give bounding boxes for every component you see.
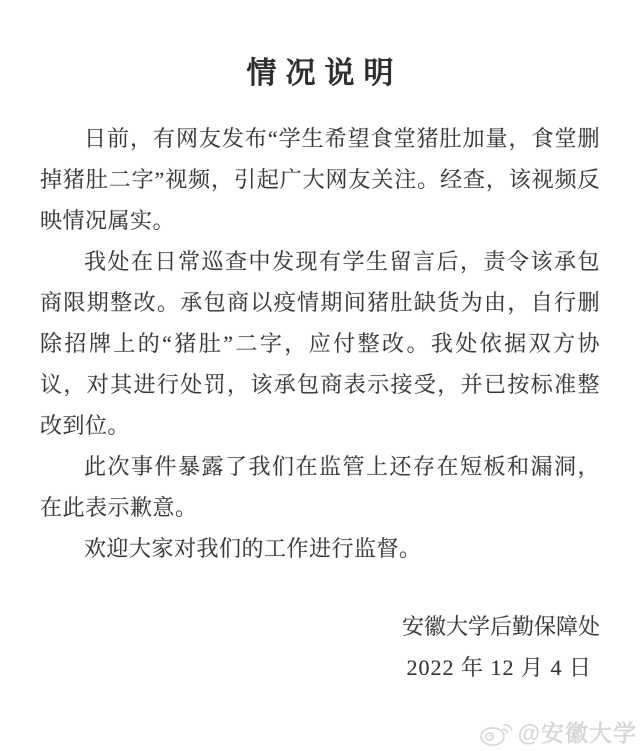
- paragraph-1: 日前，有网友发布“学生希望食堂猪肚加量，食堂删掉猪肚二字”视频，引起广大网友关注…: [40, 118, 600, 241]
- document-title: 情况说明: [0, 48, 640, 92]
- signature-department: 安徽大学后勤保障处: [40, 606, 600, 647]
- paragraph-3: 此次事件暴露了我们在监管上还存在短板和漏洞，在此表示歉意。: [40, 446, 600, 528]
- document-page: 情况说明 日前，有网友发布“学生希望食堂猪肚加量，食堂删掉猪肚二字”视频，引起广…: [0, 0, 640, 751]
- watermark: @安徽大学: [479, 715, 637, 748]
- paragraph-4: 欢迎大家对我们的工作进行监督。: [40, 528, 600, 569]
- signature-date: 2022 年 12 月 4 日: [40, 647, 600, 688]
- signature-block: 安徽大学后勤保障处 2022 年 12 月 4 日: [0, 569, 640, 688]
- document-body: 日前，有网友发布“学生希望食堂猪肚加量，食堂删掉猪肚二字”视频，引起广大网友关注…: [0, 118, 640, 569]
- paragraph-2: 我处在日常巡查中发现有学生留言后，责令该承包商限期整改。承包商以疫情期间猪肚缺货…: [40, 241, 600, 446]
- watermark-handle: @安徽大学: [518, 715, 637, 748]
- weibo-icon: [479, 717, 513, 747]
